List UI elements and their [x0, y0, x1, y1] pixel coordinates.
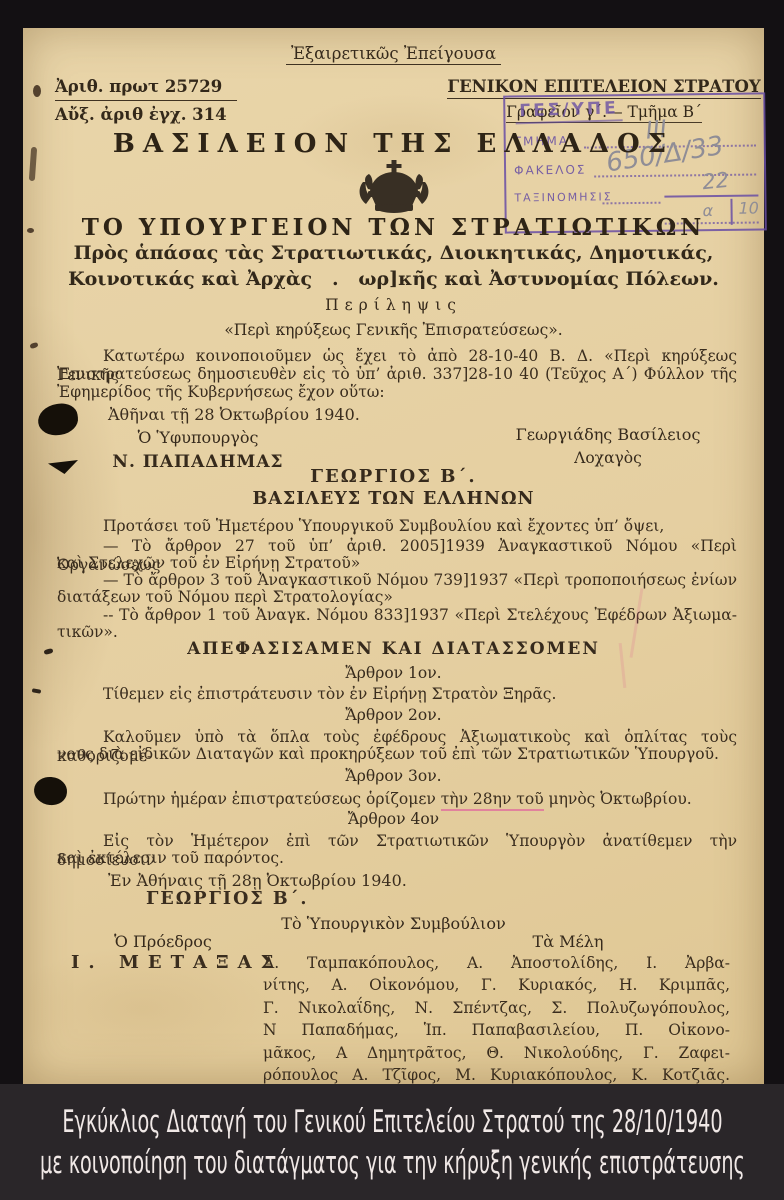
members-line: μᾶκος, Α Δημητρᾶτος, Θ. Νικολούδης, Γ. Ζ…: [263, 1042, 730, 1064]
promulgation-date-line: Ἐν Ἀθήναις τῇ 28ῃ Ὀκτωβρίου 1940.: [108, 871, 784, 890]
article-3-text: Πρώτην ἡμέραν ἐπιστρατεύσεως ὁρίζομεν τὴ…: [57, 790, 737, 809]
caption-line-1: Εγκύκλιος Διαταγή του Γενικού Επιτελείου…: [62, 1104, 722, 1140]
athens-date-line: Ἀθῆναι τῇ 28 Ὀκτωβρίου 1940.: [108, 405, 784, 424]
address-line-1: Πρὸς ἁπάσας τὰς Στρατιωτικάς, Διοικητικά…: [23, 242, 764, 264]
protocol-number: Ἀριθ. πρωτ 25729: [55, 77, 237, 101]
summary-quote: «Περὶ κηρύξεως Γενικῆς Ἐπισρατεύσεως».: [23, 321, 764, 339]
article-1-heading: Ἄρθρον 1ον.: [23, 664, 764, 682]
reference-numbers: Ἀριθ. πρωτ 25729 Αὔξ. ἀριθ ἐγχ. 314: [55, 77, 237, 124]
address-line-2: Κοινοτικάς καὶ Ἀρχὰς . ωρ]κῆς καὶ Ἀστυνο…: [23, 268, 764, 290]
article-4-line: καὶ ἐκτέλεσιν τοῦ παρόντος.: [57, 849, 737, 868]
mobilization-date-highlight: τὴν 28ην τοῦ: [441, 790, 544, 811]
members-line: νίτης, Α. Οἰκονόμου, Γ. Κυριακός, Η. Κρι…: [263, 974, 730, 996]
serial-number: Αὔξ. ἀριθ ἐγχ. 314: [55, 101, 237, 124]
coat-of-arms: [23, 160, 764, 218]
council-heading: Τὸ Ὑπουργικὸν Συμβούλιον: [23, 914, 764, 933]
decision-heading: ΑΠΕΦΑΣΙΣΑΜΕΝ ΚΑΙ ΔΙΑΤΑΣΣΟΜΕΝ: [23, 639, 764, 659]
preamble-line: Προτάσει τοῦ Ἡμετέρου Ὑπουργικοῦ Συμβουλ…: [57, 517, 737, 536]
undersecretary-title: Ὁ Ὑφυπουργὸς: [78, 428, 318, 447]
paper-speck: [32, 688, 42, 694]
members-label: Τὰ Μέλη: [468, 932, 668, 951]
members-line: Γ. Νικολαΐδης, Ν. Σπέντζας, Σ. Πολυζωγόπ…: [263, 997, 730, 1019]
king-signature: ΓΕΩΡΓΙΟΣ Β΄.: [146, 890, 784, 909]
council-members-list: Α. Ταμπακόπουλος, Α. Ἀποστολίδης, Ι. Ἀρβ…: [263, 952, 730, 1086]
kingdom-title: ΒΑΣΙΛΕΙΟΝ ΤΗΣ ΕΛΛΑΔΟΣ: [23, 129, 764, 159]
photo-caption: Εγκύκλιος Διαταγή του Γενικού Επιτελείου…: [0, 1084, 784, 1200]
article-3-text-before: Πρώτην ἡμέραν ἐπιστρατεύσεως ὁρίζομεν: [103, 790, 441, 808]
paper-speck: [27, 228, 34, 233]
document-paper: Ἐξαιρετικῶς Ἐπείγουσα Ἀριθ. πρωτ 25729 Α…: [23, 28, 764, 1084]
paper-speck: [29, 342, 38, 349]
stamp-unit: ΓΕΣ/ΥΠΕ: [515, 98, 623, 124]
article-1-text: Τίθεμεν εἰς ἐπιστράτευσιν τὸν ἐν Εἰρήνῃ …: [57, 685, 737, 704]
caption-line-2: με κοινοποίηση του διατάγματος για την κ…: [40, 1145, 745, 1181]
ink-blot: [36, 401, 80, 437]
officer-signature-block: Γεωργιάδης Βασίλειος Λοχαγὸς: [468, 425, 748, 467]
article-3-text-after: μηνὸς Ὀκτωβρίου.: [544, 790, 692, 808]
intro-line: Ἐφημερίδος τῆς Κυβερνήσεως ἔχον οὕτω:: [57, 383, 737, 402]
intro-line: Ἐπιστρατεύσεως δημοσιευθὲν εἰς τὸ ὑπ’ ἀρ…: [57, 365, 737, 384]
article-2-line: νους διὰ εἰδικῶν Διαταγῶν καὶ προκηρύξεω…: [57, 745, 737, 764]
president-label: Ὁ Πρόεδρος: [78, 932, 248, 951]
article-4-heading: Ἄρθρον 4ον: [23, 810, 764, 828]
members-line: Ν Παπαδήμας, Ἱπ. Παπαβασιλείου, Π. Οἰκον…: [263, 1019, 730, 1041]
coat-of-arms-icon: [355, 160, 433, 214]
officer-name: Γεωργιάδης Βασίλειος: [468, 425, 748, 444]
consideration-line: διατάξεων τοῦ Νόμου περὶ Στρατολογίας»: [57, 588, 737, 607]
archival-photo-page: Ἐξαιρετικῶς Ἐπείγουσα Ἀριθ. πρωτ 25729 Α…: [0, 0, 784, 1200]
urgent-note-text: Ἐξαιρετικῶς Ἐπείγουσα: [286, 44, 501, 65]
summary-heading: Περίληψις: [23, 296, 764, 314]
ministry-title: ΤΟ ΥΠΟΥΡΓΕΙΟΝ ΤΩΝ ΣΤΡΑΤΙΩΤΙΚΩΝ: [23, 214, 764, 241]
officer-rank: Λοχαγὸς: [468, 449, 748, 467]
article-2-heading: Ἄρθρον 2ον.: [23, 706, 764, 724]
king-subheading: ΒΑΣΙΛΕΥΣ ΤΩΝ ΕΛΛΗΝΩΝ: [23, 489, 764, 509]
intro-line: Κατωτέρω κοινοποιοῦμεν ὡς ἔχει τὸ ἀπὸ 28…: [57, 347, 737, 366]
king-heading: ΓΕΩΡΓΙΟΣ Β΄.: [23, 466, 764, 487]
article-3-heading: Ἄρθρον 3ον.: [23, 767, 764, 785]
members-line: Α. Ταμπακόπουλος, Α. Ἀποστολίδης, Ι. Ἀρβ…: [263, 952, 730, 974]
urgent-note: Ἐξαιρετικῶς Ἐπείγουσα: [23, 44, 764, 63]
paper-speck: [33, 85, 41, 97]
